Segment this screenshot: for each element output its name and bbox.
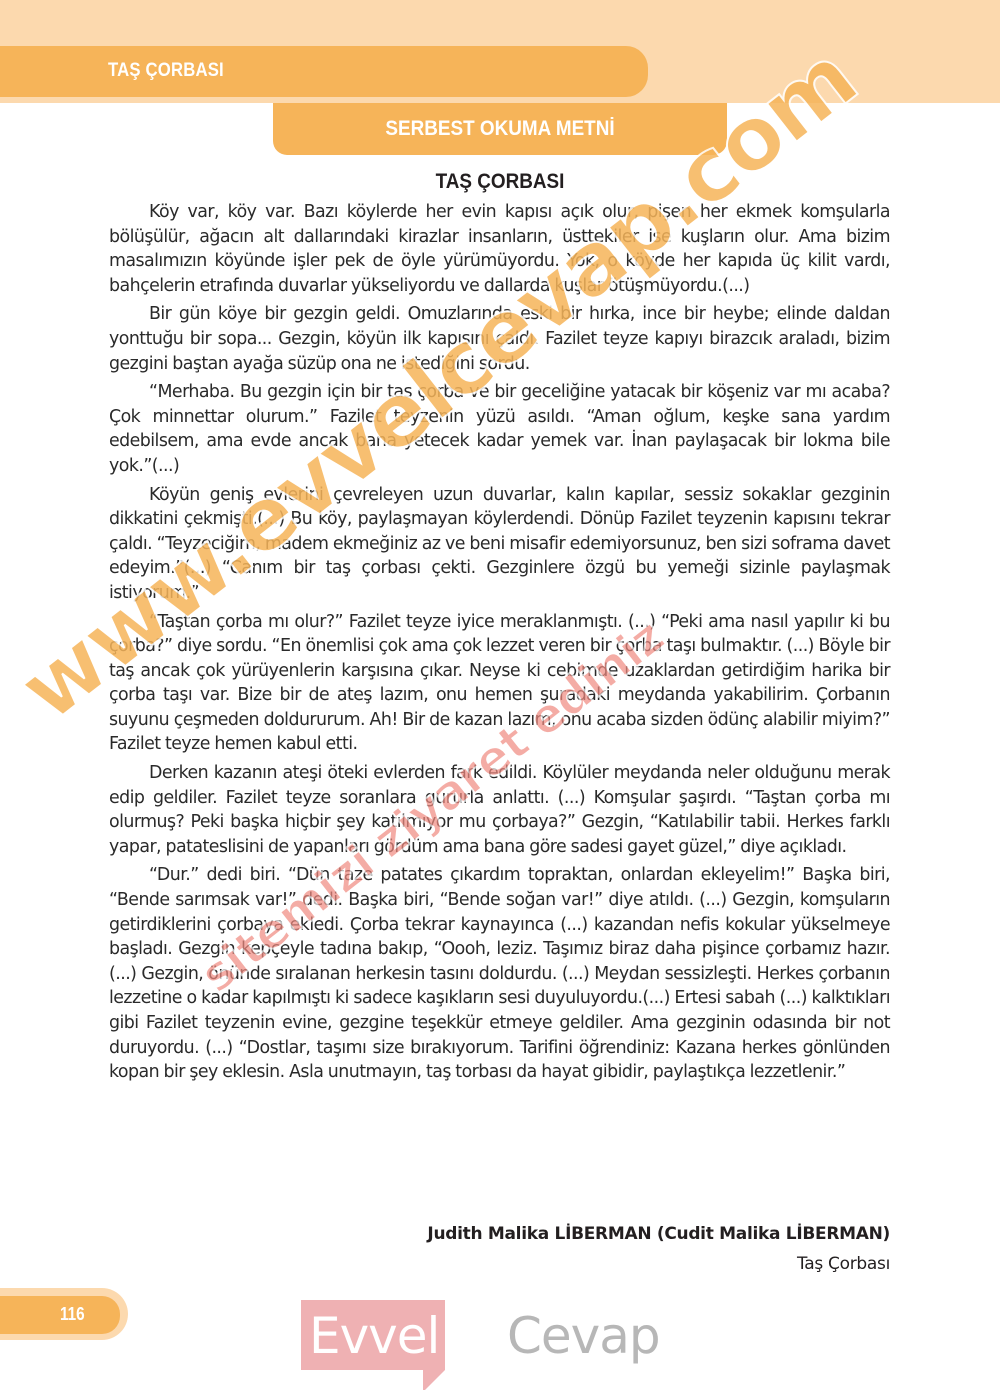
logo-bubble-tail: [423, 1370, 445, 1390]
story-paragraph: “Merhaba. Bu gezgin için bir tas çorba v…: [109, 380, 890, 478]
chapter-title: TAŞ ÇORBASI: [108, 60, 224, 82]
source-title: Taş Çorbası: [797, 1254, 890, 1274]
story-body: Köy var, köy var. Bazı köylerde her evin…: [109, 200, 890, 1089]
story-paragraph: “Taştan çorba mı olur?” Fazilet teyze iy…: [109, 610, 890, 758]
page-number: 116: [60, 1304, 103, 1325]
story-paragraph: Köy var, köy var. Bazı köylerde her evin…: [109, 200, 890, 298]
chapter-tab: [0, 46, 648, 97]
story-title: TAŞ ÇORBASI: [50, 170, 950, 194]
story-paragraph: Derken kazanın ateşi öteki evlerden fark…: [109, 761, 890, 859]
story-paragraph: Köyün geniş evlerini çevreleyen uzun duv…: [109, 483, 890, 606]
author-name: Judith Malika LİBERMAN (Cudit Malika LİB…: [427, 1224, 890, 1244]
story-paragraph: “Dur.” dedi biri. “Dün taze patates çıka…: [109, 863, 890, 1084]
section-title: SERBEST OKUMA METNİ: [296, 117, 705, 141]
logo-evvel-text: Evvel: [309, 1306, 439, 1366]
story-paragraph: Bir gün köye bir gezgin geldi. Omuzların…: [109, 302, 890, 376]
logo-cevap-text: Cevap: [507, 1306, 660, 1366]
